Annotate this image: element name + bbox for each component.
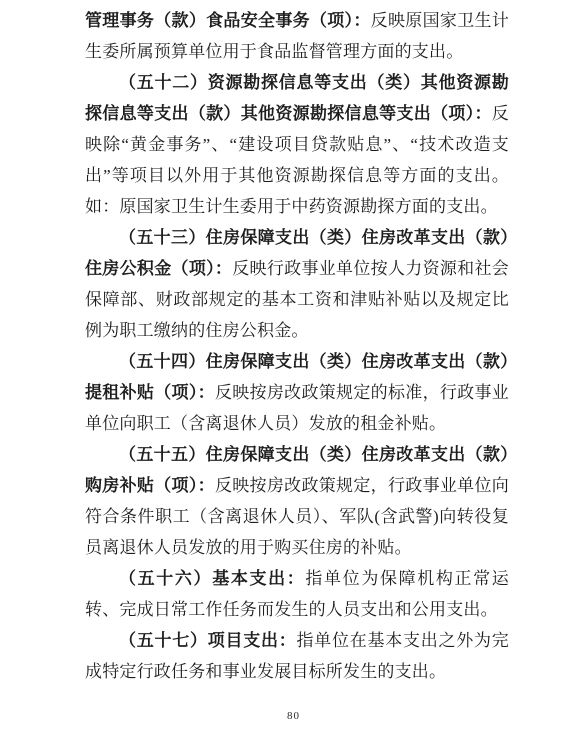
paragraph: （五十六）基本支出：指单位为保障机构正常运转、完成日常工作任务而发生的人员支出和… — [85, 563, 509, 625]
paragraph-heading: （五十七）项目支出： — [119, 631, 297, 650]
paragraph: 管理事务（款）食品安全事务（项）：反映原国家卫生计生委所属预算单位用于食品监督管… — [85, 5, 509, 67]
paragraph: （五十七）项目支出：指单位在基本支出之外为完成特定行政任务和事业发展目标所发生的… — [85, 625, 509, 687]
paragraph: （五十三）住房保障支出（类）住房改革支出（款）住房公积金（项）：反映行政事业单位… — [85, 222, 509, 346]
page-number: 80 — [0, 710, 587, 722]
paragraph: （五十二）资源勘探信息等支出（类）其他资源勘探信息等支出（款）其他资源勘探信息等… — [85, 67, 509, 222]
document-body: 管理事务（款）食品安全事务（项）：反映原国家卫生计生委所属预算单位用于食品监督管… — [85, 5, 509, 687]
paragraph: （五十四）住房保障支出（类）住房改革支出（款）提租补贴（项）：反映按房改政策规定… — [85, 346, 509, 439]
paragraph-heading: （五十二）资源勘探信息等支出（类）其他资源勘探信息等支出（款）其他资源勘探信息等… — [85, 73, 509, 123]
paragraph-heading: （五十六）基本支出： — [119, 569, 305, 588]
paragraph-heading: 管理事务（款）食品安全事务（项）： — [85, 11, 371, 30]
document-page: 管理事务（款）食品安全事务（项）：反映原国家卫生计生委所属预算单位用于食品监督管… — [0, 0, 587, 748]
paragraph: （五十五）住房保障支出（类）住房改革支出（款）购房补贴（项）：反映按房改政策规定… — [85, 439, 509, 563]
